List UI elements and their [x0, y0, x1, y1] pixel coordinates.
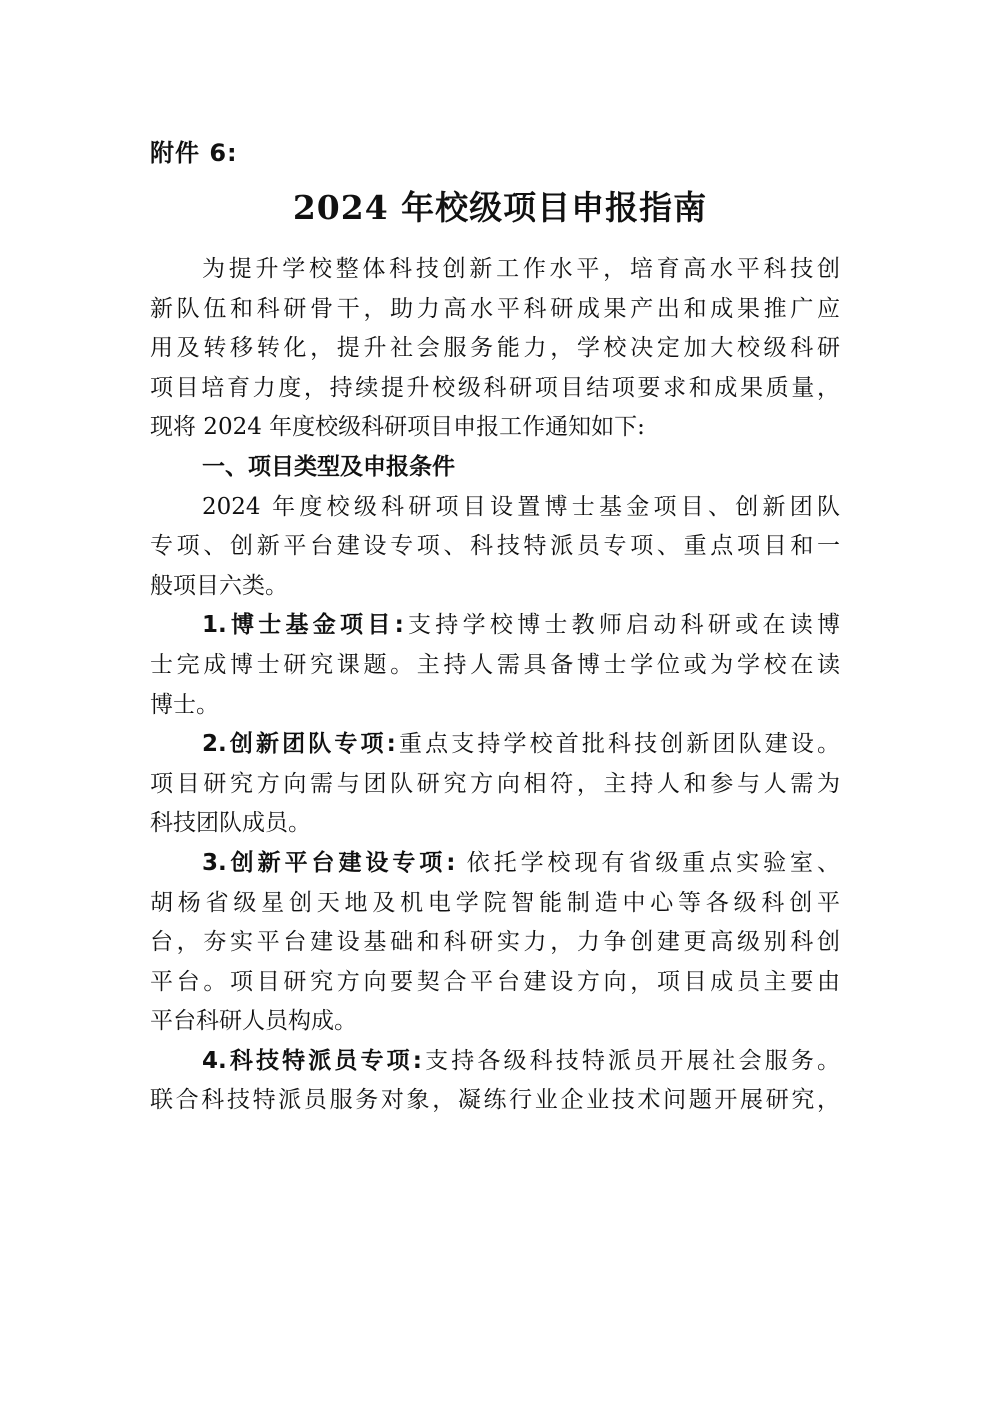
- item-first-line: 3.创新平台建设专项: 依托学校现有省级重点实验室、: [150, 844, 840, 884]
- item-innovation-team: 2.创新团队专项:重点支持学校首批科技创新团队建设。 项目研究方向需与团队研究方…: [150, 725, 840, 844]
- text-line: 平台。项目研究方向要契合平台建设方向，项目成员主要由: [150, 963, 840, 1003]
- document-title: 2024 年校级项目申报指南: [0, 182, 1000, 229]
- text-line: 项目研究方向需与团队研究方向相符，主持人和参与人需为: [150, 765, 840, 805]
- intro-paragraph: 为提升学校整体科技创新工作水平，培育高水平科技创 新队伍和科研骨干，助力高水平科…: [150, 250, 840, 448]
- item-lead: 4.科技特派员专项:: [202, 1048, 422, 1074]
- text-line: 胡杨省级星创天地及机电学院智能制造中心等各级科创平: [150, 884, 840, 924]
- item-text: 支持学校博士教师启动科研或在读博: [404, 612, 840, 638]
- text-line: 联合科技特派员服务对象，凝练行业企业技术问题开展研究，: [150, 1081, 840, 1121]
- text-line: 项目培育力度，持续提升校级科研项目结项要求和成果质量，: [150, 369, 840, 409]
- item-text: 重点支持学校首批科技创新团队建设。: [396, 731, 840, 757]
- text-line: 博士。: [150, 686, 840, 726]
- item-innovation-platform: 3.创新平台建设专项: 依托学校现有省级重点实验室、 胡杨省级星创天地及机电学院…: [150, 844, 840, 1042]
- text-line: 台，夯实平台建设基础和科研实力，力争创建更高级别科创: [150, 923, 840, 963]
- item-doctoral-fund: 1.博士基金项目:支持学校博士教师启动科研或在读博 士完成博士研究课题。主持人需…: [150, 606, 840, 725]
- overview-paragraph: 2024 年度校级科研项目设置博士基金项目、创新团队 专项、创新平台建设专项、科…: [150, 488, 840, 607]
- item-text: 支持各级科技特派员开展社会服务。: [422, 1048, 840, 1074]
- text-line: 用及转移转化，提升社会服务能力，学校决定加大校级科研: [150, 329, 840, 369]
- item-lead: 3.创新平台建设专项:: [202, 850, 455, 876]
- text-line: 2024 年度校级科研项目设置博士基金项目、创新团队: [150, 488, 840, 528]
- item-lead: 2.创新团队专项:: [202, 731, 396, 757]
- document-page: 附件 6: 2024 年校级项目申报指南 为提升学校整体科技创新工作水平，培育高…: [0, 0, 1000, 1414]
- text-line: 专项、创新平台建设专项、科技特派员专项、重点项目和一: [150, 527, 840, 567]
- text-line: 般项目六类。: [150, 567, 840, 607]
- text-line: 为提升学校整体科技创新工作水平，培育高水平科技创: [150, 250, 840, 290]
- text-line: 士完成博士研究课题。主持人需具备博士学位或为学校在读: [150, 646, 840, 686]
- item-first-line: 1.博士基金项目:支持学校博士教师启动科研或在读博: [150, 606, 840, 646]
- item-first-line: 4.科技特派员专项:支持各级科技特派员开展社会服务。: [150, 1042, 840, 1082]
- section-heading: 一、项目类型及申报条件: [150, 448, 840, 488]
- text-line: 现将 2024 年度校级科研项目申报工作通知如下:: [150, 408, 840, 448]
- text-line: 平台科研人员构成。: [150, 1002, 840, 1042]
- text-line: 科技团队成员。: [150, 804, 840, 844]
- attachment-label: 附件 6:: [150, 133, 238, 168]
- item-text: 依托学校现有省级重点实验室、: [455, 850, 840, 876]
- document-body: 为提升学校整体科技创新工作水平，培育高水平科技创 新队伍和科研骨干，助力高水平科…: [150, 250, 840, 1121]
- item-first-line: 2.创新团队专项:重点支持学校首批科技创新团队建设。: [150, 725, 840, 765]
- item-tech-commissioner: 4.科技特派员专项:支持各级科技特派员开展社会服务。 联合科技特派员服务对象，凝…: [150, 1042, 840, 1121]
- item-lead: 1.博士基金项目:: [202, 612, 404, 638]
- text-line: 新队伍和科研骨干，助力高水平科研成果产出和成果推广应: [150, 290, 840, 330]
